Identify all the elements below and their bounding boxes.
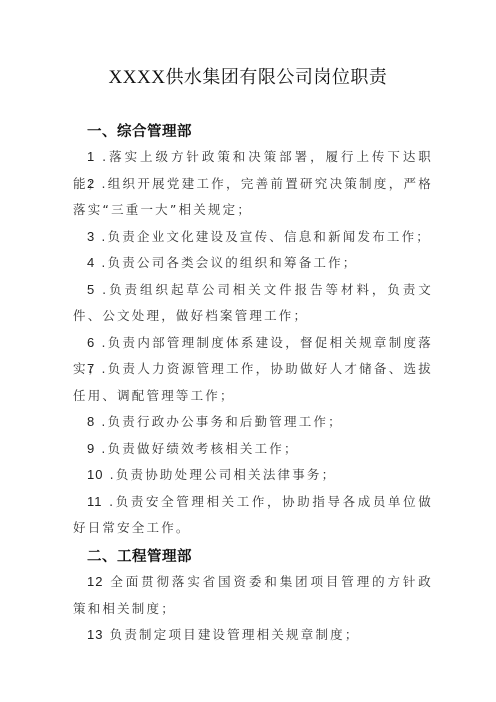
section-heading: 一、综合管理部 — [87, 120, 192, 141]
list-item: 9 .负责做好绩效考核相关工作； — [73, 436, 433, 463]
title-prefix: XXXX — [109, 67, 166, 88]
section-heading: 二、工程管理部 — [87, 545, 192, 566]
document-page: XXXX供水集团有限公司岗位职责 一、综合管理部 1 .落实上级方针政策和决策部… — [0, 0, 496, 702]
list-item: 13 负责制定项目建设管理相关规章制度； — [73, 622, 433, 649]
list-item: 12 全面贯彻落实省国资委和集团项目管理的方针政策和相关制度； — [73, 569, 433, 622]
page-title: XXXX供水集团有限公司岗位职责 — [0, 63, 496, 89]
list-item: 7 .负责人力资源管理工作，协助做好人才储备、选拔任用、调配管理等工作； — [73, 356, 433, 409]
title-main: 供水集团有限公司岗位职责 — [165, 67, 387, 88]
list-item: 2 .组织开展党建工作，完善前置研究决策制度，严格落实“三重一大”相关规定； — [73, 171, 433, 224]
list-item: 11 .负责安全管理相关工作，协助指导各成员单位做好日常安全工作。 — [73, 489, 433, 542]
list-item: 8 .负责行政办公事务和后勤管理工作； — [73, 409, 433, 436]
list-item: 10 .负责协助处理公司相关法律事务； — [73, 462, 433, 489]
list-item: 4 .负责公司各类会议的组织和筹备工作； — [73, 250, 433, 277]
list-item: 5 .负责组织起草公司相关文件报告等材料，负责文件、公文处理，做好档案管理工作； — [73, 277, 433, 330]
list-item: 3 .负责企业文化建设及宣传、信息和新闻发布工作； — [73, 224, 433, 251]
